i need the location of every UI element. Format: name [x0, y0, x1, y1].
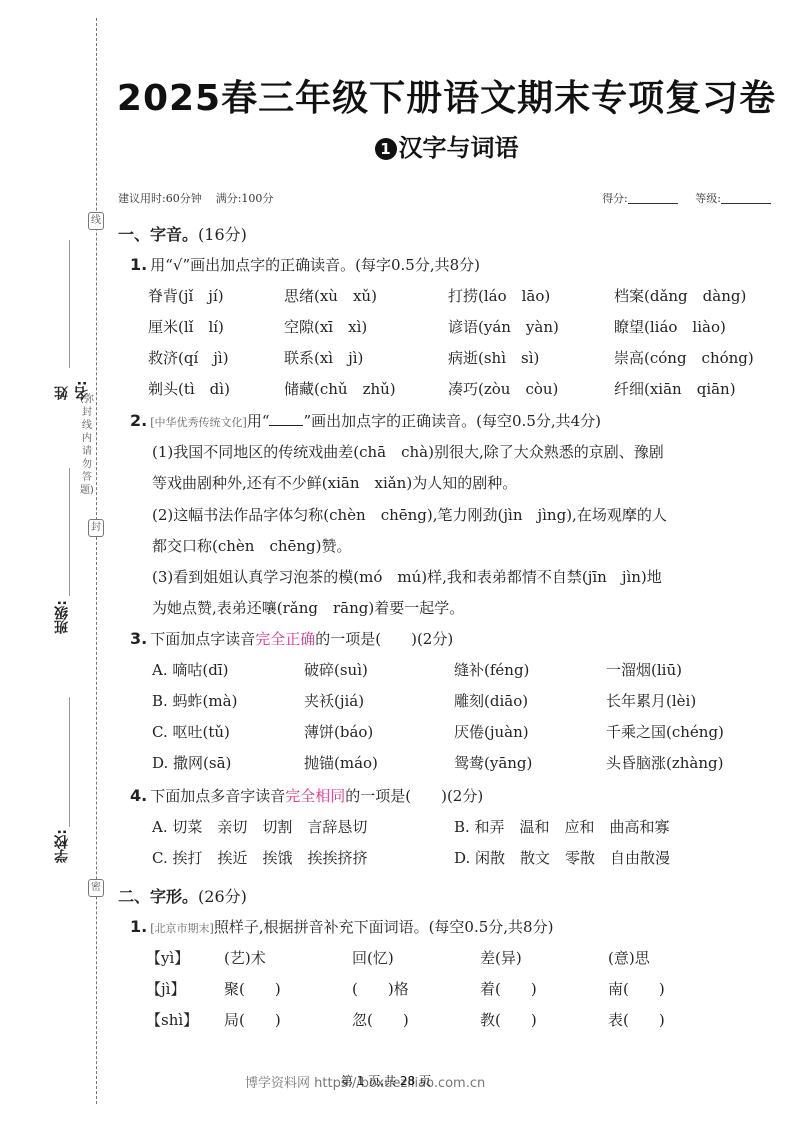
q2-line[interactable]: 为她点赞,表弟还嚷(rǎng rāng)着要一起学。 [152, 597, 464, 618]
name-field-label: 姓名: [52, 370, 92, 400]
q1-item[interactable]: 剃头(tì dì) [148, 378, 230, 399]
underline-sample [269, 414, 303, 426]
question-1-4: 4.下面加点多音字读音完全相同的一项是( )(2分) [130, 785, 483, 806]
section-heading-1: 一、字音。(16分) [118, 222, 247, 245]
q1-item[interactable]: 联系(xì jì) [284, 347, 363, 368]
q2-line[interactable]: (2)这幅书法作品字体匀称(chèn chēng),笔力刚劲(jìn jìng)… [152, 504, 667, 525]
name-field[interactable]: 姓名: [52, 240, 72, 400]
question-tag: [北京市期末] [150, 922, 214, 935]
fill-cell[interactable]: 教( ) [480, 1009, 537, 1030]
page-number: 第 1 页,共 28 页 [341, 1072, 431, 1089]
section-heading-2: 二、字形。(26分) [118, 884, 247, 907]
fill-cell: 差(异) [480, 947, 522, 968]
question-text: 用“ [247, 412, 270, 430]
q1-item[interactable]: 思绪(xù xǔ) [284, 285, 377, 306]
time-label: 建议用时:60分钟 [118, 192, 202, 205]
q3-option-a[interactable]: A. 嘀咕(dī) [152, 659, 228, 680]
pinyin-key: 【shì】 [146, 1009, 198, 1030]
question-number: 4. [130, 786, 147, 805]
grade-blank[interactable] [721, 194, 771, 204]
q3-option-c-item: 薄饼(báo) [304, 721, 373, 742]
q3-option-a-item: 一溜烟(liū) [606, 659, 682, 680]
question-text[interactable]: 的一项是( )(2分) [315, 630, 453, 648]
subtitle-text: 汉字与词语 [399, 134, 519, 162]
subtitle-number-badge: 1 [375, 138, 397, 160]
fill-cell[interactable]: 着( ) [480, 978, 537, 999]
question-number: 2. [130, 411, 147, 430]
seal-note: (弥封线内请勿答题) [80, 393, 94, 497]
q1-item[interactable]: 崇高(cóng chóng) [614, 347, 754, 368]
q1-item[interactable]: 厘米(lǐ lí) [148, 316, 224, 337]
question-1-3: 3.下面加点字读音完全正确的一项是( )(2分) [130, 628, 453, 649]
question-number: 1. [130, 917, 147, 936]
page-title: 2025春三年级下册语文期末专项复习卷 [100, 70, 793, 121]
q3-option-d[interactable]: D. 撒网(sā) [152, 752, 231, 773]
question-text: 下面加点多音字读音 [150, 787, 285, 805]
q1-item[interactable]: 纤细(xiān qiān) [614, 378, 736, 399]
q3-option-c-item: 千乘之国(chéng) [606, 721, 724, 742]
grade-label: 等级: [695, 192, 721, 205]
seal-char-mi: 密 [88, 879, 104, 897]
q1-item[interactable]: 打捞(láo lāo) [448, 285, 550, 306]
q4-option-d[interactable]: D. 闲散 散文 零散 自由散漫 [454, 847, 670, 868]
q3-option-c-item: 厌倦(juàn) [454, 721, 529, 742]
q1-item[interactable]: 储藏(chǔ zhǔ) [284, 378, 396, 399]
score-label: 得分: [602, 192, 628, 205]
q3-option-a-item: 破碎(suì) [304, 659, 368, 680]
q1-item[interactable]: 救济(qí jì) [148, 347, 229, 368]
seal-char-xian: 线 [88, 212, 104, 230]
section-1-title: 一、字音。 [118, 225, 198, 244]
section-1-points: (16分) [198, 225, 247, 244]
score-area: 得分: 等级: [602, 190, 771, 206]
highlight-text: 完全相同 [285, 787, 345, 805]
q3-option-b-item: 长年累月(lèi) [606, 690, 696, 711]
question-text: 用“√”画出加点字的正确读音。(每字0.5分,共8分) [150, 256, 480, 274]
q1-item[interactable]: 瞭望(liáo liào) [614, 316, 726, 337]
school-field-line [69, 697, 70, 827]
q4-option-b[interactable]: B. 和弄 温和 应和 曲高和寡 [454, 816, 670, 837]
full-score-label: 满分:100分 [216, 192, 274, 205]
exam-meta: 建议用时:60分钟 满分:100分 [118, 190, 273, 206]
q4-option-a[interactable]: A. 切菜 亲切 切割 言辞恳切 [152, 816, 367, 837]
question-text: 下面加点字读音 [150, 630, 255, 648]
q3-option-d-item: 头昏脑涨(zhàng) [606, 752, 723, 773]
score-blank[interactable] [628, 194, 678, 204]
q3-option-b[interactable]: B. 蚂蚱(mà) [152, 690, 237, 711]
question-text[interactable]: 的一项是( )(2分) [345, 787, 483, 805]
q1-item[interactable]: 脊背(jǐ jí) [148, 285, 224, 306]
school-field[interactable]: 学校: [52, 697, 72, 872]
q3-option-c[interactable]: C. 呕吐(tǔ) [152, 721, 230, 742]
fill-cell: 回(忆) [352, 947, 394, 968]
q4-option-c[interactable]: C. 挨打 挨近 挨饿 挨挨挤挤 [152, 847, 367, 868]
q2-line[interactable]: (3)看到姐姐认真学习泡茶的模(mó mú)样,我和表弟都情不自禁(jīn jì… [152, 566, 662, 587]
section-2-title: 二、字形。 [118, 887, 198, 906]
fill-cell[interactable]: 忽( ) [352, 1009, 409, 1030]
fill-cell[interactable]: 聚( ) [224, 978, 281, 999]
page-footer: 博学资料网 https://boxueziliao.com.cn 第 1 页,共… [245, 1072, 485, 1091]
class-field-label: 班级: [52, 600, 72, 634]
q2-line[interactable]: 等戏曲剧种外,还有不少鲜(xiān xiǎn)为人知的剧种。 [152, 472, 517, 493]
question-number: 1. [130, 255, 147, 274]
fill-cell[interactable]: 表( ) [608, 1009, 665, 1030]
section-2-points: (26分) [198, 887, 247, 906]
fill-cell: (意)思 [608, 947, 650, 968]
question-2-1: 1.[北京市期末]照样子,根据拼音补充下面词语。(每空0.5分,共8分) [130, 916, 553, 937]
q1-item[interactable]: 谚语(yán yàn) [448, 316, 559, 337]
q1-item[interactable]: 空隙(xī xì) [284, 316, 367, 337]
fill-cell[interactable]: ( )格 [352, 978, 409, 999]
class-field-line [69, 468, 70, 596]
binding-dashed-line [96, 18, 97, 1104]
highlight-text: 完全正确 [255, 630, 315, 648]
name-field-line [69, 240, 70, 368]
question-number: 3. [130, 629, 147, 648]
question-1-2: 2.[中华优秀传统文化]用“”画出加点字的正确读音。(每空0.5分,共4分) [130, 410, 601, 431]
q3-option-d-item: 鸳鸯(yāng) [454, 752, 532, 773]
question-tag: [中华优秀传统文化] [150, 416, 247, 429]
question-text: ”画出加点字的正确读音。(每空0.5分,共4分) [303, 412, 601, 430]
fill-cell[interactable]: 局( ) [224, 1009, 281, 1030]
question-text: 照样子,根据拼音补充下面词语。(每空0.5分,共8分) [214, 918, 554, 936]
page-subtitle: 1汉字与词语 [100, 128, 793, 163]
seal-char-feng: 封 [88, 519, 104, 537]
question-1-1: 1.用“√”画出加点字的正确读音。(每字0.5分,共8分) [130, 254, 480, 275]
school-field-label: 学校: [52, 829, 72, 863]
pinyin-key: 【yì】 [146, 947, 189, 968]
q3-option-a-item: 缝补(féng) [454, 659, 529, 680]
fill-cell[interactable]: 南( ) [608, 978, 665, 999]
q3-option-d-item: 抛锚(máo) [304, 752, 378, 773]
q2-line[interactable]: (1)我国不同地区的传统戏曲差(chā chà)别很大,除了大众熟悉的京剧、豫剧 [152, 441, 664, 462]
fill-cell: (艺)术 [224, 947, 266, 968]
q2-line[interactable]: 都交口称(chèn chēng)赞。 [152, 535, 352, 556]
q1-item[interactable]: 凑巧(zòu còu) [448, 378, 558, 399]
q1-item[interactable]: 档案(dǎng dàng) [614, 285, 746, 306]
q3-option-b-item: 夹袄(jiá) [304, 690, 364, 711]
q3-option-b-item: 雕刻(diāo) [454, 690, 528, 711]
pinyin-key: 【jì】 [146, 978, 185, 999]
q1-item[interactable]: 病逝(shì sì) [448, 347, 539, 368]
class-field[interactable]: 班级: [52, 468, 72, 640]
